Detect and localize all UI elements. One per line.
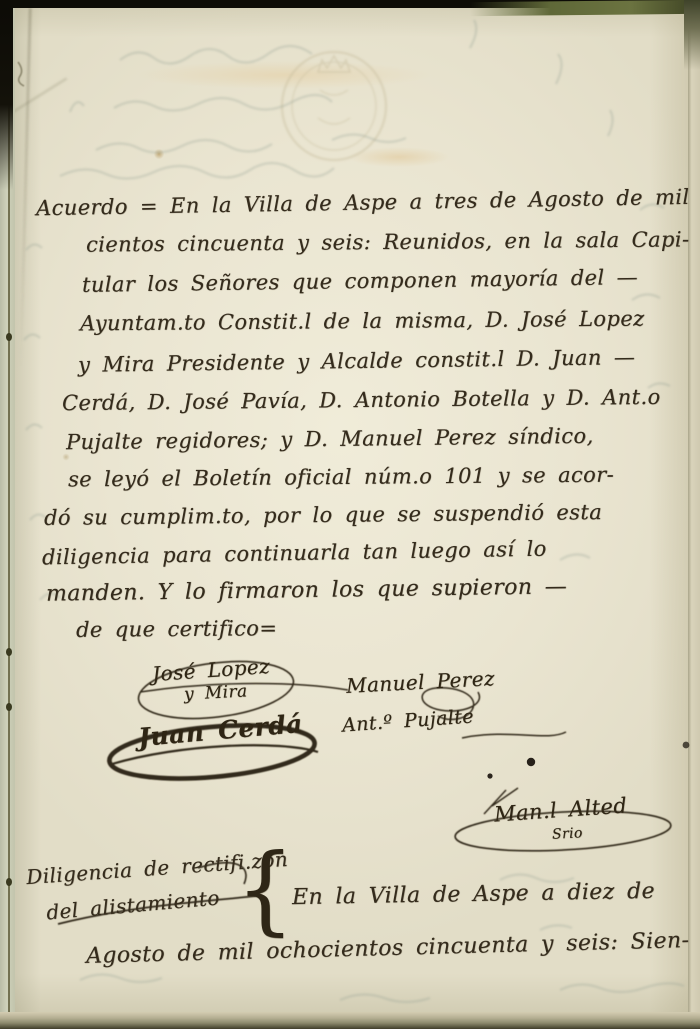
signature-secretary-title: Srio (552, 825, 584, 843)
binding-shadow (0, 0, 13, 190)
stitch-dot (6, 333, 12, 341)
acta-line-12: de que certifico= (76, 616, 277, 642)
stitch-dot (6, 648, 12, 656)
stitch-dot (6, 703, 12, 711)
bottom-page-stack-edge (0, 1012, 700, 1029)
acta-line-8: se leyó el Boletín oficial núm.o 101 y s… (68, 463, 614, 492)
acta-line-4: Ayuntam.to Constit.l de la misma, D. Jos… (80, 307, 645, 336)
signature-jose-lopez-line2: y Mira (184, 681, 248, 704)
stitch-dot (6, 878, 12, 886)
right-page-edge (688, 0, 700, 1029)
margin-brace: { (236, 842, 295, 939)
manuscript-scan: Acuerdo = En la Villa de Aspe a tres de … (0, 0, 700, 1029)
top-right-cover-corner (684, 0, 700, 70)
top-cover-edge (470, 0, 700, 16)
